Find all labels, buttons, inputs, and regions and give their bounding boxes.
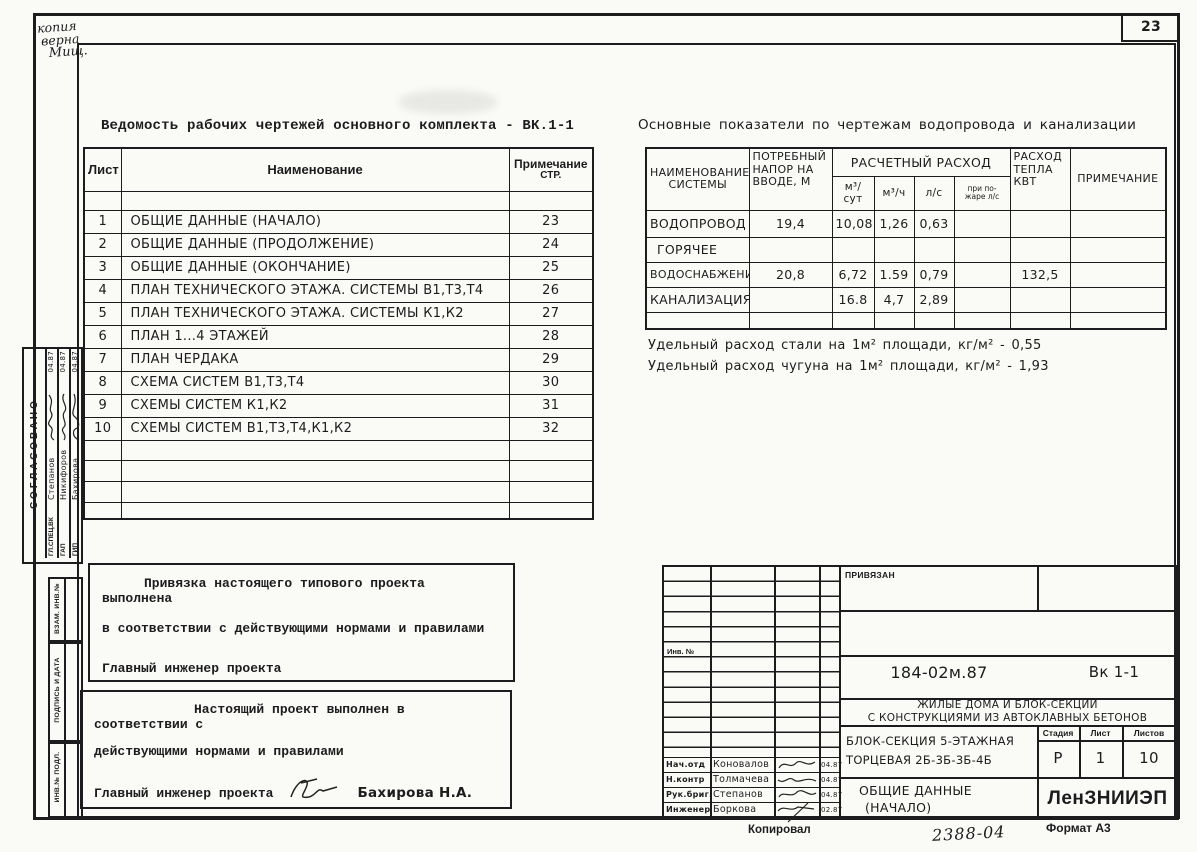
col-header-name: Наименование bbox=[121, 148, 509, 191]
margin-cell-podpis: ПОДПИСЬ И ДАТА bbox=[48, 640, 83, 744]
approval-stamp: СОГЛАСОВАНО ГЛ.СПЕЦ.ВК Степанов 04.87 ГА… bbox=[22, 347, 83, 564]
stage-label: Стадия bbox=[1037, 728, 1079, 738]
drawing-list-title: Ведомость рабочих чертежей основного ком… bbox=[83, 118, 592, 134]
divider bbox=[839, 610, 1176, 612]
doc-title: ОБЩИЕ ДАННЫЕ (НАЧАЛО) bbox=[859, 782, 1034, 816]
table-row: ВОДОСНАБЖЕНИЕ 20,8 6,72 1.59 0,79 132,5 bbox=[646, 262, 1166, 287]
col-head-pressure: ПОТРЕБНЫЙ НАПОР НА ВВОДЕ, М bbox=[749, 148, 832, 210]
signature-icon bbox=[70, 392, 81, 442]
signature-icon bbox=[774, 803, 820, 823]
staff-name: Боркова bbox=[713, 804, 756, 815]
margin-label-podpis: ПОДПИСЬ И ДАТА bbox=[51, 642, 64, 738]
approval-signer-row: ГИП Бахирова 04.87 bbox=[69, 349, 81, 558]
signature-icon bbox=[776, 758, 818, 771]
divider bbox=[1037, 740, 1176, 742]
divider bbox=[839, 777, 1176, 779]
staff-row: Нач.отд Коновалов 04.87 bbox=[664, 757, 839, 772]
col-flow-group: РАСЧЕТНЫЙ РАСХОД bbox=[832, 148, 1010, 176]
indicators-table: НАИМЕНОВАНИЕ СИСТЕМЫ ПОТРЕБНЫЙ НАПОР НА … bbox=[645, 147, 1167, 330]
table-row: 3ОБЩИЕ ДАННЫЕ (ОКОНЧАНИЕ)25 bbox=[84, 256, 593, 279]
steel-consumption-note: Удельный расход стали на 1м² площади, кг… bbox=[648, 338, 1042, 353]
frame-top-line bbox=[33, 13, 1179, 16]
col-header-note-sub: СТР. bbox=[513, 170, 590, 182]
approval-name: Бахирова bbox=[71, 442, 80, 500]
margin-label-inv-podl: ИНВ.№ ПОДЛ. bbox=[51, 742, 64, 812]
table-row: 4ПЛАН ТЕХНИЧЕСКОГО ЭТАЖА. СИСТЕМЫ В1,Т3,… bbox=[84, 279, 593, 302]
table-row: 2ОБЩИЕ ДАННЫЕ (ПРОДОЛЖЕНИЕ)24 bbox=[84, 233, 593, 256]
staff-role: Нач.отд bbox=[666, 760, 705, 769]
staff-date: 04.87 bbox=[821, 761, 843, 769]
staff-date: 04.87 bbox=[821, 791, 843, 799]
approval-date: 04.87 bbox=[47, 349, 55, 373]
divider bbox=[64, 642, 66, 742]
compliance-statement-box: Настоящий проект выполнен в соответствии… bbox=[80, 690, 512, 809]
binding-signoff: Главный инженер проекта bbox=[102, 661, 501, 676]
table-row: 6ПЛАН 1...4 ЭТАЖЕЙ28 bbox=[84, 325, 593, 348]
col-note: ПРИМЕЧАНИЕ bbox=[1070, 148, 1166, 210]
table-row: 10СХЕМЫ СИСТЕМ В1,Т3,Т4,К1,К232 bbox=[84, 417, 593, 440]
approval-role: ГЛ.СПЕЦ.ВК bbox=[48, 500, 55, 558]
approval-date: 04.87 bbox=[59, 349, 67, 373]
staff-name: Коновалов bbox=[713, 759, 769, 770]
doc-title-line2: (НАЧАЛО) bbox=[859, 799, 1034, 816]
approval-signer-row: ГАП Никифоров 04.87 bbox=[57, 349, 69, 558]
approval-date: 04.87 bbox=[71, 349, 79, 373]
signature-icon bbox=[46, 392, 57, 442]
signature-icon bbox=[283, 775, 343, 805]
stage-value: Р bbox=[1037, 749, 1079, 767]
series-line1: ЖИЛЫЕ ДОМА И БЛОК-СЕКЦИИ bbox=[839, 699, 1176, 712]
footer-format-label: Формат А3 bbox=[1046, 821, 1111, 835]
doc-title-line1: ОБЩИЕ ДАННЫЕ bbox=[859, 782, 1034, 799]
col-header-note: Примечание СТР. bbox=[509, 148, 593, 191]
divider bbox=[1037, 567, 1039, 610]
staff-name: Толмачева bbox=[713, 774, 769, 785]
col-system: НАИМЕНОВАНИЕ СИСТЕМЫ bbox=[646, 148, 749, 210]
binding-line2: в соответствии с действующими нормами и … bbox=[102, 621, 501, 636]
sheet-code: Вк 1-1 bbox=[1064, 663, 1164, 681]
binding-statement-box: Привязка настоящего типового проекта вып… bbox=[88, 563, 515, 682]
binding-line1: Привязка настоящего типового проекта вып… bbox=[102, 576, 501, 606]
table-row: 7ПЛАН ЧЕРДАКА29 bbox=[84, 348, 593, 371]
signature-icon bbox=[776, 788, 818, 801]
object-line2: ТОРЦЕВАЯ 2Б-3Б-3Б-4Б bbox=[846, 751, 1034, 770]
compliance-signer-name: Бахирова Н.А. bbox=[357, 785, 472, 801]
footer-doc-number: 2388-04 bbox=[932, 822, 1006, 845]
inventory-number-label: Инв. № bbox=[667, 647, 696, 656]
approval-role: ГИП bbox=[72, 500, 79, 558]
approval-role: ГАП bbox=[60, 500, 67, 558]
approval-signer-row: ГЛ.СПЕЦ.ВК Степанов 04.87 bbox=[45, 349, 57, 558]
table-row: КАНАЛИЗАЦИЯ 16.8 4,7 2,89 bbox=[646, 287, 1166, 312]
drawing-list-table: Лист Наименование Примечание СТР. 1ОБЩИЕ… bbox=[83, 147, 594, 520]
series-line2: С КОНСТРУКЦИЯМИ ИЗ АВТОКЛАВНЫХ БЕТОНОВ bbox=[839, 712, 1176, 725]
table-row: ВОДОПРОВОД 19,4 10,08 1,26 0,63 bbox=[646, 210, 1166, 237]
sheet-label: Лист bbox=[1079, 728, 1122, 738]
margin-cell-inv-podl: ИНВ.№ ПОДЛ. bbox=[48, 740, 83, 818]
col-fire: при по-жаре л/с bbox=[954, 176, 1010, 210]
col-m3-day: м³/сут bbox=[832, 176, 874, 210]
divider bbox=[839, 725, 1176, 727]
staff-row: Инженер Боркова 02.87 bbox=[664, 802, 839, 817]
staff-role: Рук.бриг. bbox=[666, 790, 712, 799]
page-number: 23 bbox=[1141, 19, 1161, 35]
privyazan-label: ПРИВЯЗАН bbox=[845, 570, 895, 580]
title-block: Инв. № Нач.отд Коновалов 04.87 Н.контр Т… bbox=[662, 565, 1178, 819]
staff-role: Н.контр bbox=[666, 775, 705, 784]
divider bbox=[64, 579, 66, 642]
staff-date: 02.87 bbox=[821, 806, 843, 814]
compliance-line2: действующими нормами и правилами bbox=[94, 744, 498, 759]
table-row: 8СХЕМА СИСТЕМ В1,Т3,Т430 bbox=[84, 371, 593, 394]
erasure-smudge bbox=[398, 90, 498, 114]
signature-icon bbox=[776, 773, 818, 786]
margin-cell-vzam: ВЗАМ. ИНВ.№ bbox=[48, 577, 83, 644]
divider bbox=[64, 742, 66, 816]
signature-icon bbox=[58, 392, 69, 442]
sheet-value: 1 bbox=[1079, 749, 1122, 767]
table-row: 1ОБЩИЕ ДАННЫЕ (НАЧАЛО)23 bbox=[84, 210, 593, 233]
table-row: ГОРЯЧЕЕ bbox=[646, 237, 1166, 262]
col-l-sec: л/с bbox=[914, 176, 954, 210]
sheets-label: Листов bbox=[1122, 728, 1176, 738]
scanned-drawing-sheet: 23 копия верна Мищ. Ведомость рабочих че… bbox=[0, 0, 1197, 852]
staff-row: Рук.бриг. Степанов 04.87 bbox=[664, 787, 839, 802]
staff-name: Степанов bbox=[713, 789, 763, 800]
margin-label-vzam: ВЗАМ. ИНВ.№ bbox=[51, 579, 64, 638]
approval-stamp-label: СОГЛАСОВАНО bbox=[24, 349, 45, 558]
object-title: БЛОК-СЕКЦИЯ 5-ЭТАЖНАЯ ТОРЦЕВАЯ 2Б-3Б-3Б-… bbox=[846, 732, 1034, 770]
compliance-line1: Настоящий проект выполнен в соответствии… bbox=[94, 702, 498, 732]
doc-number: 184-02м.87 bbox=[859, 663, 1019, 682]
col-header-note-label: Примечание bbox=[513, 158, 590, 170]
col-heat: РАСХОД ТЕПЛА КВТ bbox=[1010, 148, 1070, 210]
compliance-signoff: Главный инженер проекта bbox=[94, 786, 273, 801]
approval-name: Степанов bbox=[47, 442, 56, 500]
table-row: 9СХЕМЫ СИСТЕМ К1,К231 bbox=[84, 394, 593, 417]
approval-name: Никифоров bbox=[59, 442, 68, 500]
iron-consumption-note: Удельный расход чугуна на 1м² площади, к… bbox=[648, 359, 1049, 374]
indicators-title: Основные показатели по чертежам водопров… bbox=[638, 117, 1136, 133]
staff-rows: Нач.отд Коновалов 04.87 Н.контр Толмачев… bbox=[664, 757, 839, 817]
revision-grid bbox=[664, 567, 839, 757]
col-m3-hour: м³/ч bbox=[874, 176, 914, 210]
series-title: ЖИЛЫЕ ДОМА И БЛОК-СЕКЦИИ С КОНСТРУКЦИЯМИ… bbox=[839, 699, 1176, 725]
staff-row: Н.контр Толмачева 04.87 bbox=[664, 772, 839, 787]
footer-copied-label: Копировал bbox=[748, 824, 811, 836]
sheets-value: 10 bbox=[1122, 749, 1176, 767]
divider bbox=[839, 655, 1176, 657]
object-line1: БЛОК-СЕКЦИЯ 5-ЭТАЖНАЯ bbox=[846, 732, 1034, 751]
staff-role: Инженер bbox=[666, 805, 710, 814]
page-number-box: 23 bbox=[1121, 14, 1179, 42]
col-header-sheet: Лист bbox=[84, 148, 121, 191]
organization-name: ЛенЗНИИЭП bbox=[1039, 788, 1176, 810]
table-row: 5ПЛАН ТЕХНИЧЕСКОГО ЭТАЖА. СИСТЕМЫ К1,К22… bbox=[84, 302, 593, 325]
